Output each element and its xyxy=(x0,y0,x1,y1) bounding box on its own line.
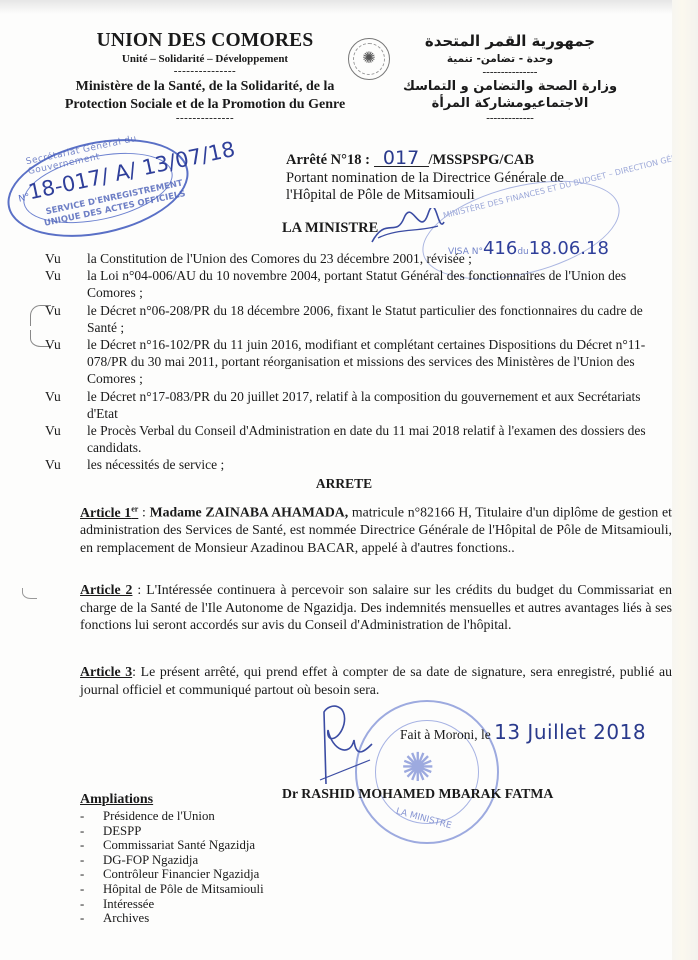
vu-label: Vu xyxy=(45,422,87,456)
vu-label: Vu xyxy=(45,302,87,336)
seal-label: LA MINISTRE xyxy=(395,807,453,831)
consideration-text: le Décret n°17-083/PR du 20 juillet 2017… xyxy=(87,388,665,422)
consideration-text: le Décret n°06-208/PR du 18 décembre 200… xyxy=(87,302,665,336)
separator: ------------- xyxy=(400,112,620,124)
bullet: - xyxy=(80,853,103,868)
header-left: UNION DES COMORES Unité – Solidarité – D… xyxy=(60,30,350,123)
handwritten-date: 13 Juillet 2018 xyxy=(494,720,646,744)
ampliation-text: DG-FOP Ngazidja xyxy=(103,853,198,867)
consideration-text: le Procès Verbal du Conseil d'Administra… xyxy=(87,422,665,456)
article-label: Article 1er xyxy=(80,505,138,520)
article-3: Article 3: Le présent arrêté, qui prend … xyxy=(80,663,672,698)
seal-emblem-icon: ✺ xyxy=(401,744,435,791)
ampliation-item: -Archives xyxy=(80,911,264,926)
consideration-text: les nécessités de service ; xyxy=(87,456,665,473)
country-name-arabic: جمهورية القمر المتحدة xyxy=(400,30,620,52)
paper-edge xyxy=(672,0,698,960)
ampliations-title: Ampliations xyxy=(80,792,264,808)
registration-stamp: Secrétariat Général du Gouvernement N°18… xyxy=(0,124,198,252)
ampliation-text: Archives xyxy=(103,911,149,925)
consideration-item: Vule Décret n°06-208/PR du 18 décembre 2… xyxy=(45,302,665,336)
ampliation-item: -Hôpital de Pôle de Mitsamiouli xyxy=(80,882,264,897)
ampliation-item: -DG-FOP Ngazidja xyxy=(80,853,264,868)
decision-heading: ARRETE xyxy=(0,476,688,492)
decree-title: Arrêté N°18 : 017/MSSPSPG/CAB xyxy=(286,150,534,169)
bullet: - xyxy=(80,911,103,926)
ampliation-text: Présidence de l'Union xyxy=(103,809,215,823)
ampliation-item: -Présidence de l'Union xyxy=(80,809,264,824)
country-name: UNION DES COMORES xyxy=(60,30,350,52)
document-page: UNION DES COMORES Unité – Solidarité – D… xyxy=(0,0,688,960)
place-text: Fait à Moroni, le xyxy=(400,727,491,742)
article-2: Article 2 : L'Intéressée continuera à pe… xyxy=(80,581,672,634)
article-1: Article 1er : Madame ZAINABA AHAMADA, ma… xyxy=(80,500,672,556)
article-label: Article 2 xyxy=(80,582,132,597)
signatory-name: Dr RASHID MOHAMED MBARAK FATMA xyxy=(282,786,553,802)
vu-label: Vu xyxy=(45,250,87,267)
header-right-arabic: جمهورية القمر المتحدة وحدة - تضامن- تنمي… xyxy=(400,30,620,124)
ampliation-item: -Contrôleur Financier Ngazidja xyxy=(80,867,264,882)
consideration-text: la Loi n°04-006/AU du 10 novembre 2004, … xyxy=(87,267,665,301)
consideration-item: Vules nécessités de service ; xyxy=(45,456,665,473)
consideration-text: le Décret n°16-102/PR du 11 juin 2016, m… xyxy=(87,336,665,388)
consideration-item: Vula Constitution de l'Union des Comores… xyxy=(45,250,665,267)
ampliation-item: -Intéressée xyxy=(80,897,264,912)
bullet: - xyxy=(80,824,103,839)
ampliations: Ampliations -Présidence de l'Union-DESPP… xyxy=(80,792,264,926)
bullet: - xyxy=(80,838,103,853)
national-motto: Unité – Solidarité – Développement xyxy=(60,52,350,66)
decree-handwritten-number: 017 xyxy=(374,150,429,167)
consideration-item: Vule Procès Verbal du Conseil d'Administ… xyxy=(45,422,665,456)
ampliation-text: Contrôleur Financier Ngazidja xyxy=(103,867,259,881)
consideration-item: Vula Loi n°04-006/AU du 10 novembre 2004… xyxy=(45,267,665,301)
separator: --------------- xyxy=(400,66,620,78)
ampliation-text: Commissariat Santé Ngazidja xyxy=(103,838,255,852)
bullet: - xyxy=(80,867,103,882)
ampliations-list: -Présidence de l'Union-DESPP-Commissaria… xyxy=(80,809,264,926)
ministry-name-arabic-line2: الاجتماعيومشاركة المرأة xyxy=(400,95,620,112)
ministry-name: Ministère de la Santé, de la Solidarité,… xyxy=(60,78,350,113)
bullet: - xyxy=(80,809,103,824)
ampliation-text: Hôpital de Pôle de Mitsamiouli xyxy=(103,882,264,896)
ampliation-item: -Commissariat Santé Ngazidja xyxy=(80,838,264,853)
issuer-title: LA MINISTRE xyxy=(282,220,378,237)
ampliation-text: DESPP xyxy=(103,824,141,838)
consideration-text: la Constitution de l'Union des Comores d… xyxy=(87,250,665,267)
consideration-item: Vule Décret n°17-083/PR du 20 juillet 20… xyxy=(45,388,665,422)
vu-label: Vu xyxy=(45,456,87,473)
bullet: - xyxy=(80,897,103,912)
margin-mark xyxy=(22,588,37,599)
ampliation-text: Intéressée xyxy=(103,897,154,911)
vu-label: Vu xyxy=(45,267,87,301)
consideration-item: Vule Décret n°16-102/PR du 11 juin 2016,… xyxy=(45,336,665,388)
national-motto-arabic: وحدة - تضامن- تنمية xyxy=(400,52,620,66)
considerations-list: Vula Constitution de l'Union des Comores… xyxy=(45,250,665,474)
ampliation-item: -DESPP xyxy=(80,824,264,839)
separator: -------------- xyxy=(60,113,350,123)
article-label: Article 3 xyxy=(80,664,132,679)
separator: --------------- xyxy=(60,66,350,76)
place-and-date: Fait à Moroni, le 13 Juillet 2018 xyxy=(400,720,646,744)
bullet: - xyxy=(80,882,103,897)
vu-label: Vu xyxy=(45,336,87,388)
decree-suffix: /MSSPSPG/CAB xyxy=(429,152,535,168)
vu-label: Vu xyxy=(45,388,87,422)
ministry-name-arabic-line1: وزارة الصحة والتضامن و التماسك xyxy=(400,78,620,95)
national-emblem-icon xyxy=(348,38,390,80)
decree-prefix: Arrêté N°18 : xyxy=(286,152,370,168)
minister-signature-icon xyxy=(310,700,380,790)
appointee-name: Madame ZAINABA AHAMADA, xyxy=(150,505,349,520)
visa-signature-icon xyxy=(368,208,448,248)
